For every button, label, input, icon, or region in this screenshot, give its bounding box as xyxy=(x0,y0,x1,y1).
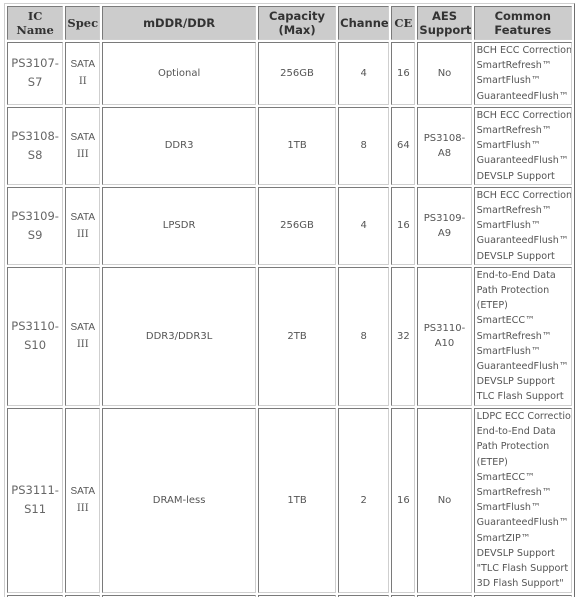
ce-value: 64 xyxy=(397,140,410,151)
cell-capacity: 2TB xyxy=(258,267,336,406)
feature-item: BCH ECC Correction xyxy=(477,188,570,203)
aes-value-part-1: PS3108-A8 xyxy=(424,133,465,159)
header-memory-label: mDDR/DDR xyxy=(143,16,215,30)
controller-spec-table-container: IC Name Spec mDDR/DDR Capacity(Max) Chan… xyxy=(4,3,575,597)
header-ic-name: IC Name xyxy=(7,6,63,40)
cell-channel: 4 xyxy=(338,42,389,105)
feature-item: Path Protection xyxy=(477,439,570,454)
feature-item: SmartRefresh™ xyxy=(477,123,570,138)
cell-ce: 16 xyxy=(391,408,415,593)
table-row: PS3109-S9 SATAIII LPSDR 256GB 4 16 PS310… xyxy=(7,187,572,265)
cell-aes: PS3108-A8 xyxy=(417,107,471,185)
cell-spec: SATAIII xyxy=(65,408,100,593)
cell-capacity: 1TB xyxy=(258,107,336,185)
cell-ce: 32 xyxy=(391,267,415,406)
memory-type: Optional xyxy=(158,68,200,79)
header-features: CommonFeatures xyxy=(474,6,572,40)
feature-item: SmartFlush™ xyxy=(477,218,570,233)
channel-value: 4 xyxy=(361,220,367,231)
header-capacity-label-2: (Max) xyxy=(278,23,315,37)
feature-item: SmartRefresh™ xyxy=(477,485,570,500)
feature-item: SmartZIP™ xyxy=(477,531,570,546)
cell-ic-name: PS3110-S10 xyxy=(7,267,63,406)
ic-name-part-1: PS3108- xyxy=(11,129,59,143)
capacity-value: 256GB xyxy=(280,68,314,79)
header-ce: CE xyxy=(391,6,415,40)
feature-item: Path Protection xyxy=(477,283,570,298)
memory-type: DRAM-less xyxy=(153,495,206,506)
table-body: PS3107-S7 SATAII Optional 256GB 4 16 No … xyxy=(7,42,572,597)
ic-name-part-2: S8 xyxy=(28,148,43,162)
spec-generation: III xyxy=(77,339,89,350)
memory-type: DDR3 xyxy=(165,140,194,151)
ce-value: 16 xyxy=(397,495,410,506)
ic-name-part-2: S7 xyxy=(28,75,43,89)
header-spec-label: Spec xyxy=(67,16,98,30)
capacity-value: 2TB xyxy=(287,331,306,342)
cell-spec: SATAIII xyxy=(65,187,100,265)
feature-item: 3D Flash Support" xyxy=(477,576,570,591)
feature-item: End-to-End Data xyxy=(477,424,570,439)
feature-item: GuaranteedFlush™ xyxy=(477,359,570,374)
cell-aes: PS3110-A10 xyxy=(417,267,471,406)
spec-generation: III xyxy=(77,229,89,240)
header-spec: Spec xyxy=(65,6,100,40)
feature-item: GuaranteedFlush™ xyxy=(477,233,570,248)
aes-value-part-1: PS3109-A9 xyxy=(424,213,465,239)
feature-item: "TLC Flash Support xyxy=(477,561,570,576)
header-features-label-1: Common xyxy=(495,9,551,23)
header-ce-label: CE xyxy=(394,16,412,30)
ic-name-part-1: PS3109- xyxy=(11,209,59,223)
spec-generation: II xyxy=(79,76,87,87)
feature-item: SmartFlush™ xyxy=(477,344,570,359)
feature-item: DEVSLP Support xyxy=(477,374,570,389)
feature-item: GuaranteedFlush™ xyxy=(477,153,570,168)
table-row: PS3107-S7 SATAII Optional 256GB 4 16 No … xyxy=(7,42,572,105)
feature-item: (ETEP) xyxy=(477,455,570,470)
ic-name-part-1: PS3111- xyxy=(11,483,59,497)
cell-capacity: 1TB xyxy=(258,408,336,593)
feature-item: (ETEP) xyxy=(477,298,570,313)
feature-item: GuaranteedFlush™ xyxy=(477,515,570,530)
header-aes-label-1: AES xyxy=(432,9,457,23)
cell-memory: Optional xyxy=(102,42,256,105)
feature-item: DEVSLP Support xyxy=(477,249,570,264)
cell-capacity: 256GB xyxy=(258,187,336,265)
channel-value: 8 xyxy=(361,140,367,151)
feature-item: DEVSLP Support xyxy=(477,169,570,184)
header-capacity-label-1: Capacity xyxy=(269,9,325,23)
cell-spec: SATAII xyxy=(65,42,100,105)
header-channel-label: Channel xyxy=(340,16,389,30)
memory-type: DDR3/DDR3L xyxy=(146,331,212,342)
spec-interface: SATA xyxy=(70,212,95,223)
feature-item: SmartFlush™ xyxy=(477,73,570,88)
capacity-value: 1TB xyxy=(287,140,306,151)
cell-memory: DRAM-less xyxy=(102,408,256,593)
cell-features: BCH ECC CorrectionSmartRefresh™SmartFlus… xyxy=(474,187,572,265)
ic-name-part-1: PS3107- xyxy=(11,56,59,70)
controller-spec-table: IC Name Spec mDDR/DDR Capacity(Max) Chan… xyxy=(4,3,575,597)
spec-interface: SATA xyxy=(70,59,95,70)
cell-ic-name: PS3111-S11 xyxy=(7,408,63,593)
header-aes: AESSupport xyxy=(417,6,471,40)
ce-value: 16 xyxy=(397,220,410,231)
ic-name-part-2: S11 xyxy=(24,502,46,516)
cell-features: BCH ECC CorrectionSmartRefresh™SmartFlus… xyxy=(474,42,572,105)
feature-item: SmartRefresh™ xyxy=(477,329,570,344)
feature-item: SmartECC™ xyxy=(477,313,570,328)
header-aes-label-2: Support xyxy=(419,23,471,37)
cell-features: BCH ECC CorrectionSmartRefresh™SmartFlus… xyxy=(474,107,572,185)
ce-value: 16 xyxy=(397,68,410,79)
cell-memory: DDR3/DDR3L xyxy=(102,267,256,406)
channel-value: 4 xyxy=(361,68,367,79)
memory-type: LPSDR xyxy=(163,220,196,231)
ic-name-part-2: S10 xyxy=(24,338,46,352)
ic-name-part-2: S9 xyxy=(28,228,43,242)
cell-channel: 4 xyxy=(338,187,389,265)
cell-aes: No xyxy=(417,42,471,105)
feature-item: LDPC ECC Correction xyxy=(477,409,570,424)
capacity-value: 1TB xyxy=(287,495,306,506)
cell-ce: 16 xyxy=(391,42,415,105)
spec-generation: III xyxy=(77,503,89,514)
cell-channel: 2 xyxy=(338,408,389,593)
feature-item: DEVSLP Support xyxy=(477,546,570,561)
cell-memory: LPSDR xyxy=(102,187,256,265)
channel-value: 2 xyxy=(361,495,367,506)
table-row: PS3111-S11 SATAIII DRAM-less 1TB 2 16 No… xyxy=(7,408,572,593)
header-memory: mDDR/DDR xyxy=(102,6,256,40)
ce-value: 32 xyxy=(397,331,410,342)
cell-aes: PS3109-A9 xyxy=(417,187,471,265)
header-row: IC Name Spec mDDR/DDR Capacity(Max) Chan… xyxy=(7,6,572,40)
ic-name-part-1: PS3110- xyxy=(11,319,59,333)
aes-value-part-1: No xyxy=(438,68,452,79)
feature-item: SmartRefresh™ xyxy=(477,58,570,73)
cell-channel: 8 xyxy=(338,107,389,185)
aes-value-part-1: PS3110- xyxy=(424,323,465,334)
feature-item: SmartECC™ xyxy=(477,470,570,485)
aes-value-part-1: No xyxy=(438,495,452,506)
feature-item: TLC Flash Support xyxy=(477,389,570,404)
cell-ic-name: PS3108-S8 xyxy=(7,107,63,185)
header-channel: Channel xyxy=(338,6,389,40)
cell-channel: 8 xyxy=(338,267,389,406)
cell-features: LDPC ECC CorrectionEnd-to-End DataPath P… xyxy=(474,408,572,593)
header-ic-name-label: IC Name xyxy=(16,9,53,37)
table-row: PS3108-S8 SATAIII DDR3 1TB 8 64 PS3108-A… xyxy=(7,107,572,185)
cell-aes: No xyxy=(417,408,471,593)
feature-item: SmartFlush™ xyxy=(477,500,570,515)
spec-generation: III xyxy=(77,149,89,160)
feature-item: SmartRefresh™ xyxy=(477,203,570,218)
capacity-value: 256GB xyxy=(280,220,314,231)
spec-interface: SATA xyxy=(70,486,95,497)
spec-interface: SATA xyxy=(70,322,95,333)
cell-capacity: 256GB xyxy=(258,42,336,105)
feature-item: GuaranteedFlush™ xyxy=(477,89,570,104)
feature-item: End-to-End Data xyxy=(477,268,570,283)
aes-value-part-2: A10 xyxy=(435,338,455,349)
cell-memory: DDR3 xyxy=(102,107,256,185)
cell-spec: SATAIII xyxy=(65,107,100,185)
feature-item: BCH ECC Correction xyxy=(477,43,570,58)
feature-item: BCH ECC Correction xyxy=(477,108,570,123)
table-row: PS3110-S10 SATAIII DDR3/DDR3L 2TB 8 32 P… xyxy=(7,267,572,406)
header-capacity: Capacity(Max) xyxy=(258,6,336,40)
channel-value: 8 xyxy=(361,331,367,342)
cell-ic-name: PS3107-S7 xyxy=(7,42,63,105)
cell-features: End-to-End DataPath Protection(ETEP)Smar… xyxy=(474,267,572,406)
cell-ic-name: PS3109-S9 xyxy=(7,187,63,265)
header-features-label-2: Features xyxy=(494,23,551,37)
cell-ce: 16 xyxy=(391,187,415,265)
cell-ce: 64 xyxy=(391,107,415,185)
spec-interface: SATA xyxy=(70,132,95,143)
cell-spec: SATAIII xyxy=(65,267,100,406)
feature-item: SmartFlush™ xyxy=(477,138,570,153)
